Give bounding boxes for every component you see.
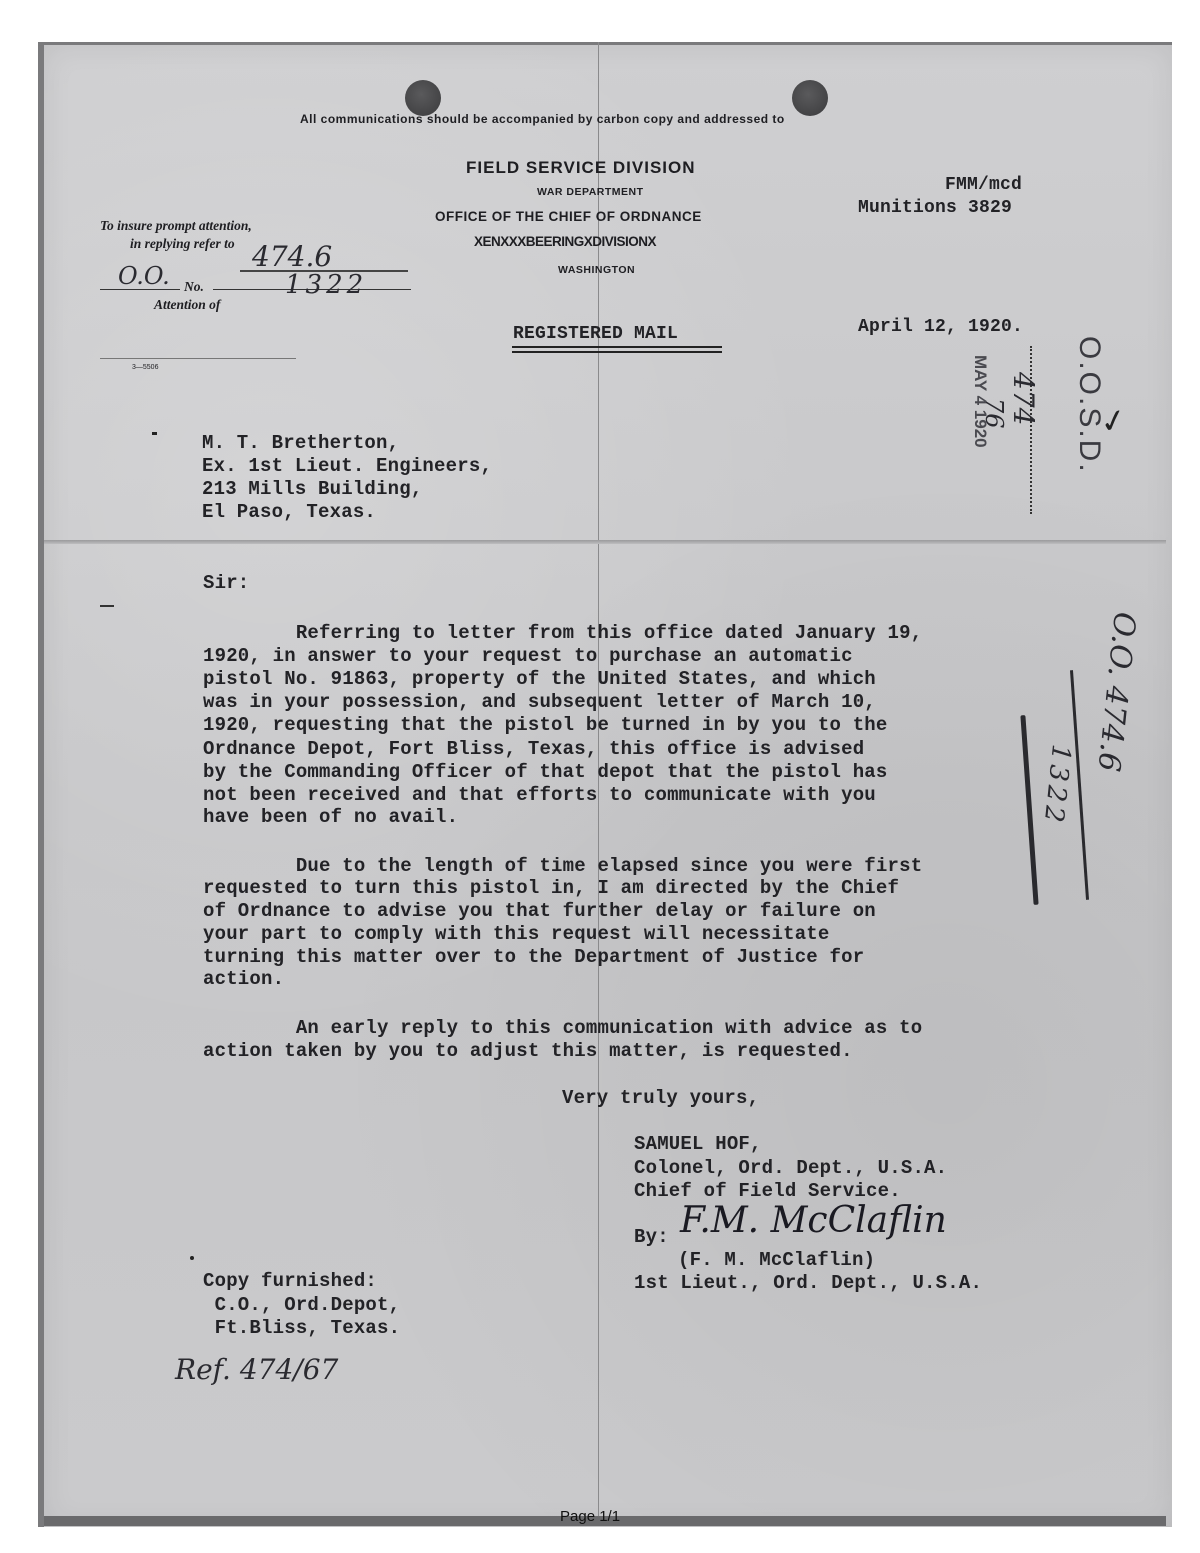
copy-furnished-label: Copy furnished: [203, 1270, 377, 1293]
body-line: your part to comply with this request wi… [203, 923, 830, 946]
reply-handwritten-file: 474.6 [252, 240, 332, 273]
prefix-rule [100, 289, 180, 290]
body-line: action taken by you to adjust this matte… [203, 1040, 853, 1063]
signer-rank: Colonel, Ord. Dept., U.S.A. [634, 1157, 947, 1180]
margin-dot [190, 1256, 194, 1260]
valediction: Very truly yours, [562, 1087, 759, 1110]
reply-handwritten-prefix: O.O. [118, 262, 170, 290]
reference-file: Munitions 3829 [858, 197, 1012, 220]
body-line: pistol No. 91863, property of the United… [203, 668, 876, 691]
attention-rule [100, 358, 296, 359]
form-number: 3—5506 [132, 364, 158, 371]
letterhead-office: OFFICE OF THE CHIEF OF ORDNANCE [435, 209, 702, 224]
registered-underline-1 [512, 346, 722, 348]
body-line: requested to turn this pistol in, I am d… [203, 877, 899, 900]
punch-hole-right [792, 80, 828, 116]
body-line: not been received and that efforts to co… [203, 784, 876, 807]
letterhead-city: WASHINGTON [558, 264, 635, 276]
margin-dash [100, 605, 114, 607]
letter-date: April 12, 1920. [858, 316, 1023, 339]
reply-instruction-1: To insure prompt attention, [100, 218, 252, 234]
agent-rank: 1st Lieut., Ord. Dept., U.S.A. [634, 1272, 982, 1295]
copy-furnished-line-2: Ft.Bliss, Texas. [203, 1317, 400, 1340]
reply-no-label: No. [184, 279, 204, 295]
agent-name: (F. M. McClaflin) [678, 1249, 875, 1272]
addressee-street: 213 Mills Building, [202, 478, 422, 501]
body-line: turning this matter over to the Departme… [203, 946, 864, 969]
copy-furnished-line-1: C.O., Ord.Depot, [203, 1294, 400, 1317]
reply-handwritten-number: 1322 [285, 270, 367, 300]
body-line: 1920, requesting that the pistol be turn… [203, 714, 888, 737]
body-line: Due to the length of time elapsed since … [203, 855, 922, 878]
signature: F.M. McClaflin [680, 1200, 947, 1241]
body-line: have been of no avail. [203, 806, 458, 829]
handwritten-reference: Ref. 474/67 [175, 1353, 338, 1386]
registered-underline-2 [512, 351, 722, 353]
body-line: An early reply to this communication wit… [203, 1017, 922, 1040]
letterhead-notice: All communications should be accompanied… [300, 112, 785, 126]
addressee-title: Ex. 1st Lieut. Engineers, [202, 455, 492, 478]
body-line: by the Commanding Officer of that depot … [203, 761, 888, 784]
fold-crease-horizontal [44, 540, 1166, 544]
addressee-name: M. T. Bretherton, [202, 432, 399, 455]
body-line: Referring to letter from this office dat… [203, 622, 922, 645]
body-line: Ordnance Depot, Fort Bliss, Texas, this … [203, 738, 864, 761]
body-line: was in your possession, and subsequent l… [203, 691, 876, 714]
body-line: of Ordnance to advise you that further d… [203, 900, 876, 923]
body-line: action. [203, 968, 284, 991]
reply-instruction-2: in replying refer to [130, 236, 235, 252]
signer-name: SAMUEL HOF, [634, 1133, 762, 1156]
reply-attention-label: Attention of [154, 297, 220, 313]
addressee-city: El Paso, Texas. [202, 501, 376, 524]
margin-mark [152, 432, 157, 435]
punch-hole-left [405, 80, 441, 116]
page-indicator: Page 1/1 [560, 1508, 620, 1525]
stamp-file-bottom: 76 [980, 398, 1008, 429]
registered-mail-label: REGISTERED MAIL [513, 323, 678, 346]
salutation: Sir: [203, 572, 249, 595]
by-label: By: [634, 1226, 669, 1249]
letterhead-struck-line: XENXXXBEERINGXDIVISIONX [474, 234, 656, 249]
stamp-file-top: 474 [1007, 372, 1040, 425]
reference-initials: FMM/mcd [945, 174, 1022, 197]
letterhead-department: WAR DEPARTMENT [537, 186, 644, 198]
body-line: 1920, in answer to your request to purch… [203, 645, 853, 668]
letterhead-division: FIELD SERVICE DIVISION [466, 158, 696, 178]
